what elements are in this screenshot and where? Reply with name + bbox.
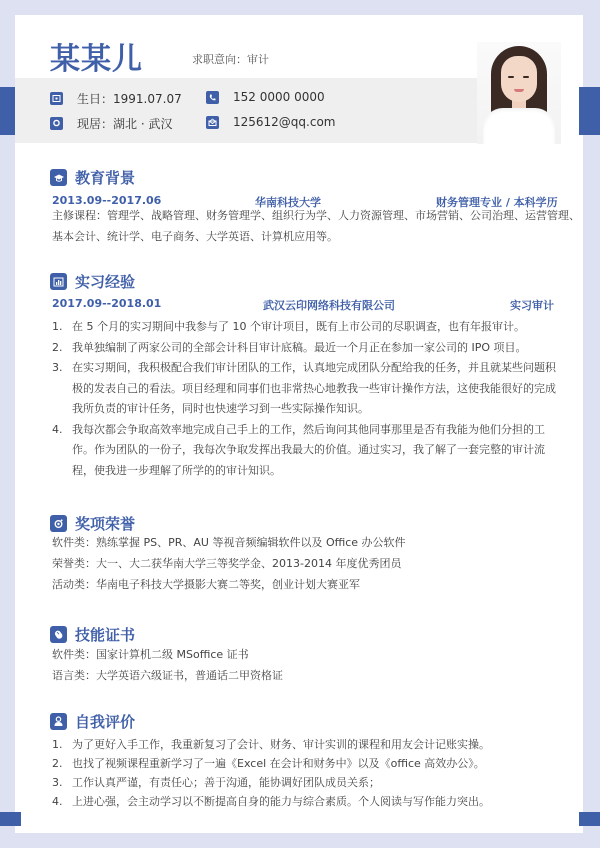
envelope-icon: [206, 116, 219, 129]
job-intent-value: 审计: [247, 53, 269, 66]
email-text[interactable]: 125612@qq.com: [233, 115, 336, 129]
phone-icon: [206, 91, 219, 104]
location-pin-icon: [50, 117, 63, 130]
list-item: 1.为了更好入手工作，我重新复习了会计、财务、审计实训的课程和用友会计记账实操。: [52, 735, 562, 754]
list-item: 2.也找了视频课程重新学习了一遍《Excel 在会计和财务中》以及《office…: [52, 754, 562, 773]
section-internship-label: 实习经验: [75, 271, 135, 292]
self-eval-list: 1.为了更好入手工作，我重新复习了会计、财务、审计实训的课程和用友会计记账实操。…: [52, 735, 562, 811]
section-education-title: 教育背景: [50, 167, 135, 188]
internship-position: 实习审计: [510, 297, 554, 313]
job-intent: 求职意向：审计: [192, 51, 269, 67]
skill-line: 软件类：国家计算机二级 MSoffice 证书: [52, 645, 249, 666]
section-skills-label: 技能证书: [75, 624, 135, 645]
section-self-eval-title: 自我评价: [50, 711, 135, 732]
calendar-icon: [50, 92, 63, 105]
candidate-name: 某某儿: [50, 34, 143, 78]
email-item: 125612@qq.com: [206, 115, 336, 129]
section-skills-title: 技能证书: [50, 624, 135, 645]
section-self-eval-label: 自我评价: [75, 711, 135, 732]
internship-period: 2017.09--2018.01: [52, 297, 161, 310]
section-internship-title: 实习经验: [50, 271, 135, 292]
phone-text[interactable]: 152 0000 0000: [233, 90, 325, 104]
education-courses-line2: 基本会计、统计学、电子商务、大学英语、计算机应用等。: [52, 227, 338, 248]
profile-photo: [477, 42, 561, 144]
decorative-tab: [579, 812, 600, 826]
skill-line: 语言类：大学英语六级证书，普通话二甲资格证: [52, 666, 283, 687]
residence-text: 现居：湖北 · 武汉: [77, 115, 172, 132]
mouse-icon: [50, 626, 67, 643]
award-line: 荣誉类：大一、大二获华南大学三等奖学金、2013-2014 年度优秀团员: [52, 554, 401, 575]
birthday-text: 生日：1991.07.07: [77, 90, 182, 107]
phone-item: 152 0000 0000: [206, 90, 325, 104]
internship-company: 武汉云印网络科技有限公司: [263, 297, 395, 313]
section-education-label: 教育背景: [75, 167, 135, 188]
user-icon: [50, 713, 67, 730]
job-intent-label: 求职意向：: [192, 53, 247, 66]
internship-list: 1.在 5 个月的实习期间中我参与了 10 个审计项目，既有上市公司的尽职调查，…: [52, 317, 562, 481]
decorative-tab: [0, 812, 21, 826]
decorative-tab: [579, 87, 600, 135]
award-line: 活动类：华南电子科技大学摄影大赛二等奖，创业计划大赛亚军: [52, 575, 360, 596]
section-awards-label: 奖项荣誉: [75, 513, 135, 534]
graduation-cap-icon: [50, 169, 67, 186]
birthday-item: 生日：1991.07.07: [50, 90, 182, 107]
education-courses-line1: 主修课程：管理学、战略管理、财务管理学、组织行为学、人力资源管理、市场营销、公司…: [52, 206, 580, 227]
residence-item: 现居：湖北 · 武汉: [50, 115, 172, 132]
list-item: 4.我每次都会争取高效率地完成自己手上的工作，然后询问其他同事那里是否有我能为他…: [52, 420, 562, 482]
section-awards-title: 奖项荣誉: [50, 513, 135, 534]
list-item: 1.在 5 个月的实习期间中我参与了 10 个审计项目，既有上市公司的尽职调查，…: [52, 317, 562, 338]
list-item: 3.工作认真严谨，有责任心；善于沟通，能协调好团队成员关系；: [52, 773, 562, 792]
list-item: 4.上进心强，会主动学习以不断提高自身的能力与综合素质。个人阅读与写作能力突出。: [52, 792, 562, 811]
camera-icon: [50, 515, 67, 532]
list-item: 3.在实习期间，我积极配合我们审计团队的工作，认真地完成团队分配给我的任务，并且…: [52, 358, 562, 420]
award-line: 软件类：熟练掌握 PS、PR、AU 等视音频编辑软件以及 Office 办公软件: [52, 533, 406, 554]
list-item: 2.我单独编制了两家公司的全部会计科目审计底稿。最近一个月正在参加一家公司的 I…: [52, 338, 562, 359]
bar-chart-icon: [50, 273, 67, 290]
